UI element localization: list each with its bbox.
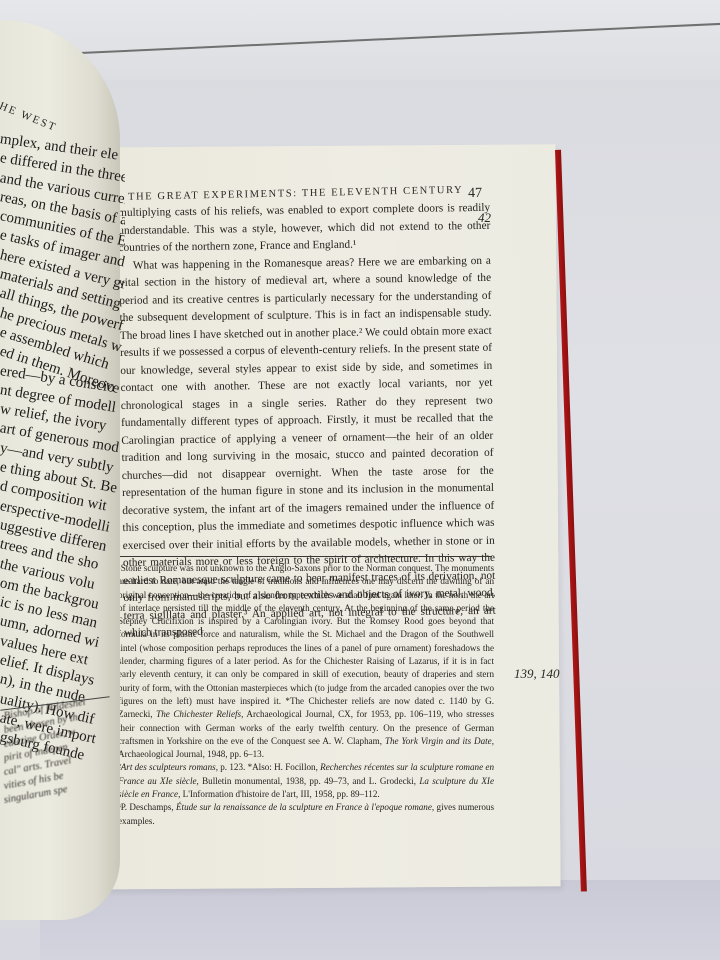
left-running-head: HE WEST xyxy=(0,100,59,134)
left-page-curled: HE WEST mplex, and their elee differed i… xyxy=(0,20,120,920)
left-page-text: mplex, and their elee differed in the th… xyxy=(0,130,125,748)
footnote-3: ³P. Deschamps, Étude sur la renaissance … xyxy=(118,801,494,828)
footnote-rule xyxy=(118,556,492,557)
footnotes: ¹Stone sculpture was not unknown to the … xyxy=(118,562,494,828)
paragraph: multiplying casts of his reliefs, was en… xyxy=(118,200,491,258)
footnote-2: ²Art des sculpteurs romans, p. 123. *Als… xyxy=(118,761,494,801)
margin-plate-ref-bottom: 139, 140 xyxy=(514,666,560,682)
footnote-1: ¹Stone sculpture was not unknown to the … xyxy=(118,562,494,761)
left-page-caption: Bishop of Hildesheibeen chosen by thedic… xyxy=(4,710,125,808)
table-surface xyxy=(40,880,720,960)
